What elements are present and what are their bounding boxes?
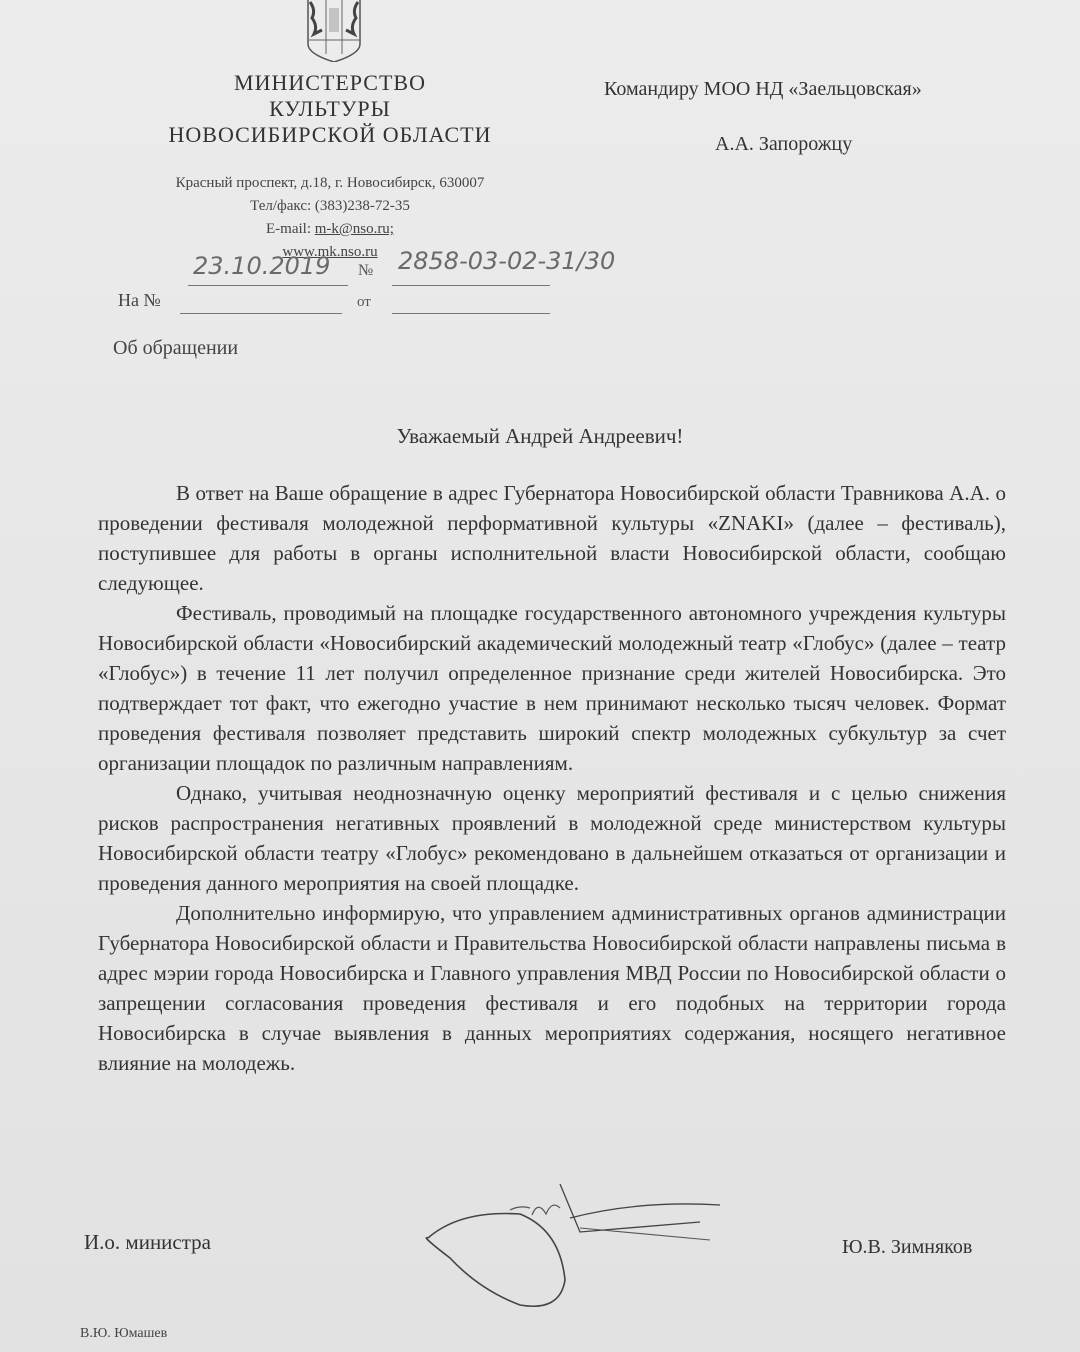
- registration-number: 2858-03-02-31/30: [398, 247, 615, 275]
- reply-to-field: [180, 313, 342, 314]
- paragraph: Дополнительно информирую, что управление…: [98, 898, 1006, 1078]
- signatory-title: И.о. министра: [84, 1230, 211, 1255]
- executor-name: В.Ю. Юмашев: [80, 1326, 167, 1342]
- number-label: №: [358, 262, 373, 280]
- coat-of-arms-icon: [302, 0, 366, 62]
- number-underline: [392, 285, 550, 286]
- letter-page: МИНИСТЕРСТВО КУЛЬТУРЫ НОВОСИБИРСКОЙ ОБЛА…: [0, 0, 1080, 1352]
- ministry-name: МИНИСТЕРСТВО КУЛЬТУРЫ НОВОСИБИРСКОЙ ОБЛА…: [140, 70, 520, 148]
- from-field: [392, 313, 550, 314]
- letter-body: В ответ на Ваше обращение в адрес Губерн…: [98, 478, 1006, 1078]
- handwritten-signature-icon: [420, 1180, 740, 1320]
- paragraph: В ответ на Ваше обращение в адрес Губерн…: [98, 478, 1006, 598]
- subject: Об обращении: [113, 337, 238, 360]
- email-link[interactable]: m-k@nso.ru;: [315, 221, 394, 237]
- recipient-position: Командиру МОО НД «Заельцовская»: [604, 78, 922, 101]
- from-label: от: [357, 294, 371, 311]
- reply-to-label: На №: [118, 290, 161, 311]
- recipient-name: А.А. Запорожцу: [715, 133, 852, 156]
- email-line: E-mail: m-k@nso.ru;: [120, 218, 540, 241]
- paragraph: Фестиваль, проводимый на площадке госуда…: [98, 598, 1006, 778]
- phone: Тел/факс: (383)238-72-35: [120, 195, 540, 218]
- salutation: Уважаемый Андрей Андреевич!: [0, 424, 1080, 449]
- registration-date: 23.10.2019: [193, 252, 330, 280]
- signatory-name: Ю.В. Зимняков: [842, 1236, 972, 1259]
- address: Красный проспект, д.18, г. Новосибирск, …: [120, 172, 540, 195]
- date-underline: [188, 285, 348, 286]
- paragraph: Однако, учитывая неоднозначную оценку ме…: [98, 778, 1006, 898]
